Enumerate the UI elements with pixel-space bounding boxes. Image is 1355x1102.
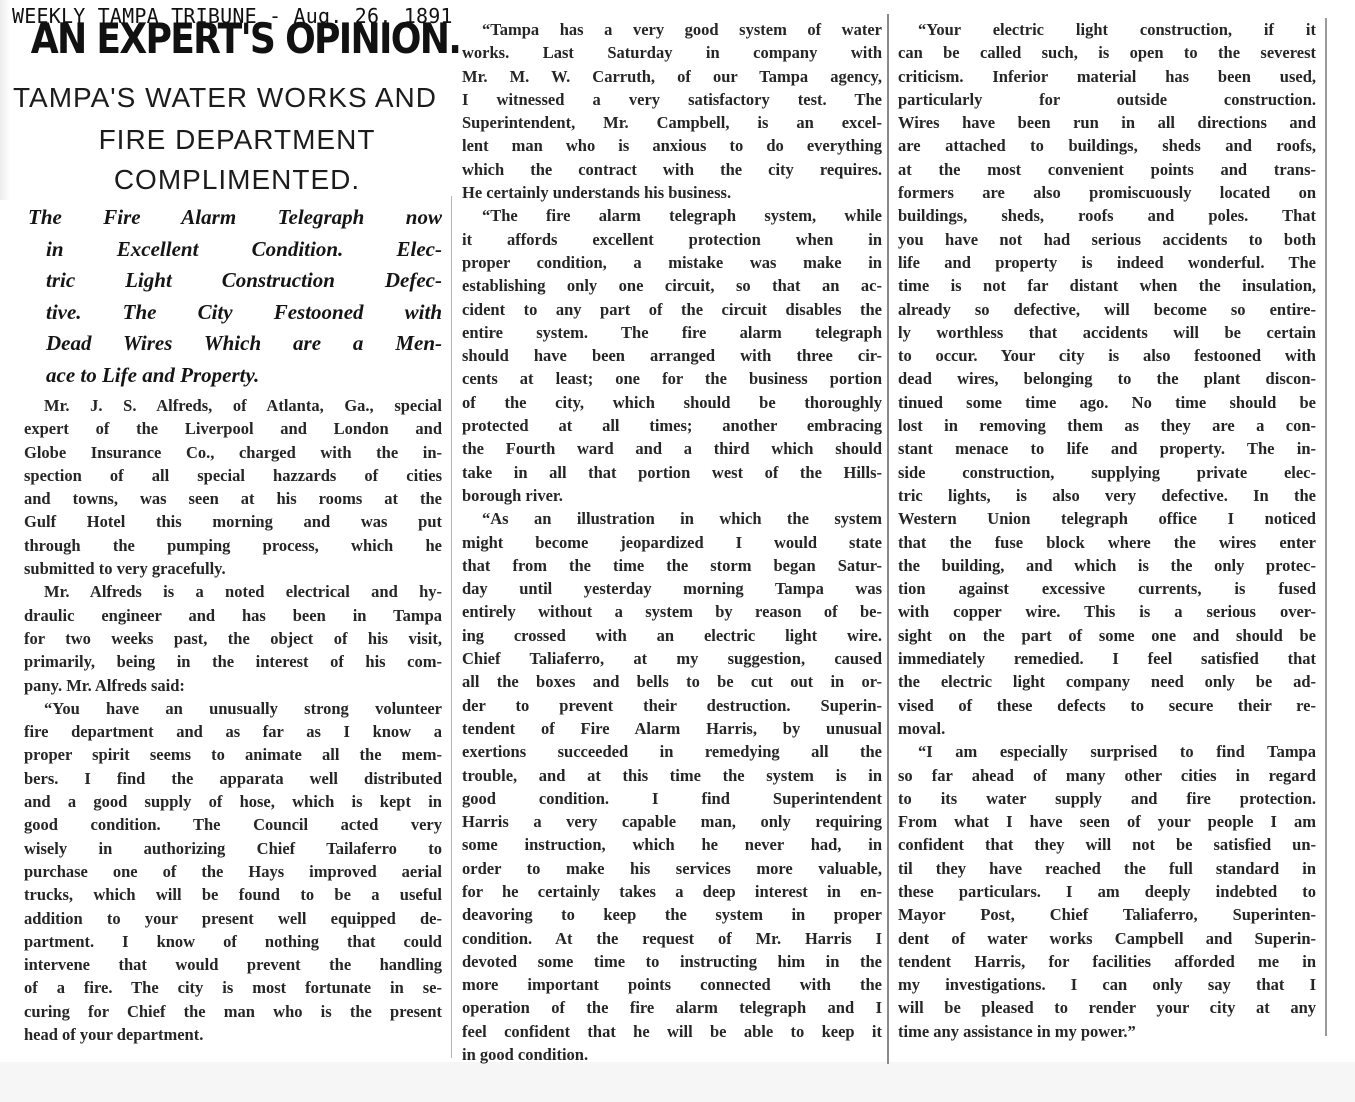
text-line: Wires have been run in all directions an… [898,111,1316,134]
deck-line: Dead Wires Which are a Men- [46,328,442,360]
text-line: immediately remedied. I feel satisfied t… [898,647,1316,670]
text-line: trucks, which will be found to be a usef… [24,883,442,906]
text-line: tric lights, is also very defective. In … [898,484,1316,507]
article-column-1: Mr. J. S. Alfreds, of Atlanta, Ga., spec… [24,394,442,1046]
text-line: the building, and which is the only prot… [898,554,1316,577]
text-line: proper spirit seems to animate all the m… [24,743,442,766]
text-line: entire system. The fire alarm telegraph [462,321,882,344]
text-line: buildings, sheds, roofs and poles. That [898,204,1316,227]
text-line: in good condition. [462,1043,882,1066]
text-line: might become jeopardized I would state [462,531,882,554]
text-line: confident that they will not be satisfie… [898,833,1316,856]
text-line: so far ahead of many other cities in reg… [898,764,1316,787]
text-line: all the boxes and bells to be cut out in… [462,670,882,693]
text-line: condition. At the request of Mr. Harris … [462,927,882,950]
text-line: and a good supply of hose, which is kept… [24,790,442,813]
text-line: and towns, was seen at his rooms at the [24,487,442,510]
text-line: Mayor Post, Chief Taliaferro, Superinten… [898,903,1316,926]
deck-line: tive. The City Festooned with [46,297,442,329]
text-line: are attached to buildings, sheds and roo… [898,134,1316,157]
text-line: these particulars. I am deeply indebted … [898,880,1316,903]
text-line: dead wires, belonging to the plant disco… [898,367,1316,390]
text-line: will be pleased to render your city at a… [898,996,1316,1019]
text-line: that the fuse block where the wires ente… [898,531,1316,554]
text-line: particularly for outside construction. [898,88,1316,111]
text-line: for he certainly takes a deep interest i… [462,880,882,903]
text-line: cident to any part of the circuit disabl… [462,298,882,321]
text-line: should have been arranged with three cir… [462,344,882,367]
text-line: pany. Mr. Alfreds said: [24,674,442,697]
headline: AN EXPERT'S OPINION. [31,16,409,62]
text-line: can be called such, is open to the sever… [898,41,1316,64]
text-line: through the pumping process, which he [24,534,442,557]
deck-line: The Fire Alarm Telegraph now [28,202,442,234]
text-line: sight on the part of some one and should… [898,624,1316,647]
article-column-3: “Your electric light construction, if it… [898,18,1316,1043]
text-line: “You have an unusually strong volunteer [24,697,442,720]
text-line: already so defective, will become so ent… [898,298,1316,321]
text-line: ing crossed with an electric light wire. [462,624,882,647]
text-line: Gulf Hotel this morning and was put [24,510,442,533]
text-line: partment. I know of nothing that could [24,930,442,953]
text-line: at the most convenient points and trans- [898,158,1316,181]
text-line: bers. I find the apparata well distribut… [24,767,442,790]
text-line: with copper wire. This is a serious over… [898,600,1316,623]
column-rule [887,14,889,1064]
text-line: good condition. I find Superintendent [462,787,882,810]
text-line: time any assistance in my power.” [898,1020,1316,1043]
deck-line: tric Light Construction Defec- [46,265,442,297]
text-line: operation of the fire alarm telegraph an… [462,996,882,1019]
text-line: to its water supply and fire protection. [898,787,1316,810]
text-line: formers are also promiscuously located o… [898,181,1316,204]
text-line: addition to your present well equipped d… [24,907,442,930]
text-line: tendent Harris, for facilities afforded … [898,950,1316,973]
text-line: cents at least; one for the business por… [462,367,882,390]
text-line: “The fire alarm telegraph system, while [462,204,882,227]
text-line: primarily, being in the interest of his … [24,650,442,673]
text-line: tinued some time ago. No time should be [898,391,1316,414]
text-line: lent man who is anxious to do everything [462,134,882,157]
text-line: “Tampa has a very good system of water [462,18,882,41]
text-line: ly worthless that accidents will be cert… [898,321,1316,344]
deck-line: in Excellent Condition. Elec- [46,234,442,266]
text-line: purchase one of the Hays improved aerial [24,860,442,883]
subhead-line-1: TAMPA'S WATER WORKS AND [0,78,450,118]
text-line: He certainly understands his business. [462,181,882,204]
text-line: works. Last Saturday in company with [462,41,882,64]
text-line: life and property is indeed wonderful. T… [898,251,1316,274]
text-line: side construction, supplying private ele… [898,461,1316,484]
text-line: til they have reached the full standard … [898,857,1316,880]
text-line: lost in removing them as they are a con- [898,414,1316,437]
text-line: more important points connected with the [462,973,882,996]
text-line: criticism. Inferior material has been us… [898,65,1316,88]
deck-line: ace to Life and Property. [46,360,442,392]
deck: The Fire Alarm Telegraph now in Excellen… [46,202,442,391]
text-line: protected at all times; another embracin… [462,414,882,437]
text-line: order to make his services more valuable… [462,857,882,880]
text-line: Harris a very capable man, only requirin… [462,810,882,833]
text-line: establishing only one circuit, so that a… [462,274,882,297]
text-line: my investigations. I can only say that I [898,973,1316,996]
text-line: “I am especially surprised to find Tampa [898,740,1316,763]
text-line: stant menace to life and property. The i… [898,437,1316,460]
text-line: feel confident that he will be able to k… [462,1020,882,1043]
text-line: some instruction, which he never had, in [462,833,882,856]
text-line: Chief Taliaferro, at my suggestion, caus… [462,647,882,670]
text-line: devoted some time to instructing him in … [462,950,882,973]
text-line: proper condition, a mistake was make in [462,251,882,274]
text-line: I witnessed a very satisfactory test. Th… [462,88,882,111]
subhead-line-2: FIRE DEPARTMENT [12,120,462,160]
text-line: Superintendent, Mr. Campbell, is an exce… [462,111,882,134]
text-line: draulic engineer and has been in Tampa [24,604,442,627]
text-line: submitted to very gracefully. [24,557,442,580]
text-line: of the city, which should be thoroughly [462,391,882,414]
text-line: expert of the Liverpool and London and [24,417,442,440]
text-line: curing for Chief the man who is the pres… [24,1000,442,1023]
text-line: to occur. Your city is also festooned wi… [898,344,1316,367]
text-line: good condition. The Council acted very [24,813,442,836]
column-rule [1325,18,1327,1036]
text-line: borough river. [462,484,882,507]
text-line: spection of all special hazzards of citi… [24,464,442,487]
text-line: Western Union telegraph office I noticed [898,507,1316,530]
text-line: of a fire. The city is most fortunate in… [24,976,442,999]
article-column-2: “Tampa has a very good system of waterwo… [462,18,882,1066]
text-line: “Your electric light construction, if it [898,18,1316,41]
text-line: that from the time the storm began Satur… [462,554,882,577]
text-line: Globe Insurance Co., charged with the in… [24,441,442,464]
text-line: “As an illustration in which the system [462,507,882,530]
text-line: entirely without a system by reason of b… [462,600,882,623]
newspaper-clipping: WEEKLY TAMPA TRIBUNE - Aug. 26, 1891 AN … [0,0,1355,1102]
text-line: which the contract with the city require… [462,158,882,181]
text-line: tendent of Fire Alarm Harris, by unusual [462,717,882,740]
text-line: you have not had serious accidents to bo… [898,228,1316,251]
text-line: fire department and as far as I know a [24,720,442,743]
text-line: Mr. M. W. Carruth, of our Tampa agency, [462,65,882,88]
text-line: moval. [898,717,1316,740]
text-line: the electric light company need only be … [898,670,1316,693]
text-line: intervene that would prevent the handlin… [24,953,442,976]
subhead-line-3: COMPLIMENTED. [12,160,462,200]
text-line: the Fourth ward and a third which should [462,437,882,460]
text-line: head of your department. [24,1023,442,1046]
scan-bottom-margin [0,1062,1355,1102]
text-line: vised of these defects to secure their r… [898,694,1316,717]
text-line: tion against excessive currents, is fuse… [898,577,1316,600]
text-line: time is not far distant when the insulat… [898,274,1316,297]
column-rule [451,196,452,1058]
text-line: dent of water works Campbell and Superin… [898,927,1316,950]
text-line: for two weeks past, the object of his vi… [24,627,442,650]
text-line: Mr. Alfreds is a noted electrical and hy… [24,580,442,603]
text-line: deavoring to keep the system in proper [462,903,882,926]
text-line: trouble, and at this time the system is … [462,764,882,787]
text-line: it affords excellent protection when in [462,228,882,251]
text-line: Mr. J. S. Alfreds, of Atlanta, Ga., spec… [24,394,442,417]
text-line: day until yesterday morning Tampa was [462,577,882,600]
text-line: wisely in authorizing Chief Tailaferro t… [24,837,442,860]
text-line: der to prevent their destruction. Superi… [462,694,882,717]
text-line: take in all that portion west of the Hil… [462,461,882,484]
text-line: exertions succeeded in remedying all the [462,740,882,763]
text-line: From what I have seen of your people I a… [898,810,1316,833]
